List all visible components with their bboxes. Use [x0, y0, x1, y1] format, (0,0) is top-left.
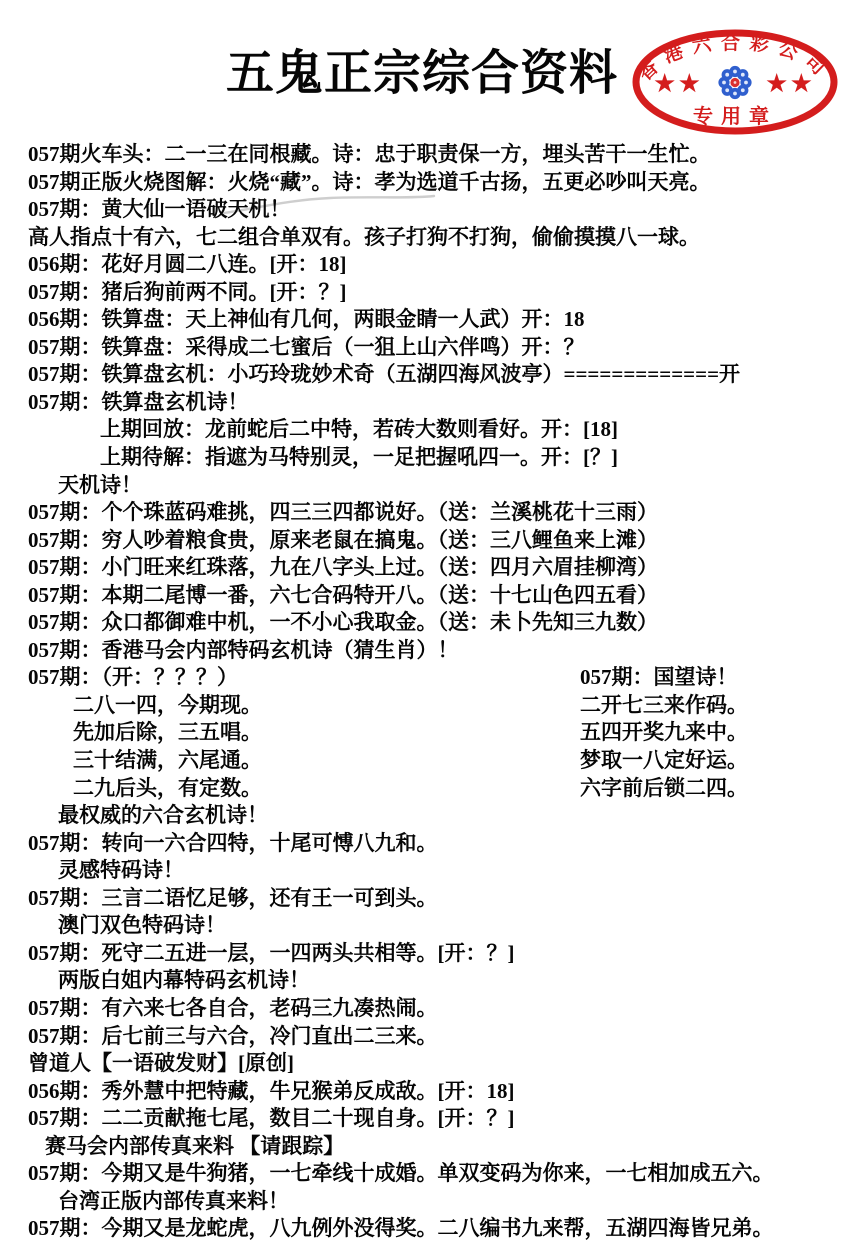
bauhinia-flower-icon	[718, 66, 751, 99]
text-line: 057期：有六来七各自合，老码三九凑热闹。	[28, 995, 840, 1023]
line-text: 057期：有六来七各自合，老码三九凑热闹。	[28, 996, 438, 1020]
line-text: 057期：三言二语忆足够，还有王一可到头。	[28, 886, 438, 910]
line-text: 057期：今期又是龙蛇虎，八九例外没得奖。二八编书九来帮，五湖四海皆兄弟。	[28, 1216, 774, 1240]
line-text: 056期：花好月圆二八连。[开：18]	[28, 252, 347, 276]
text-line: 台湾正版内部传真来料！	[28, 1188, 840, 1216]
line-text: 057期：众口都御难中机，一不小心我取金。（送：未卜先知三九数）	[28, 610, 658, 634]
line-text: 先加后除，三五唱。	[73, 720, 262, 744]
line-text: 最权威的六合玄机诗！	[58, 803, 268, 827]
line-text: 三十结满，六尾通。	[73, 748, 262, 772]
right-column-text: 梦取一八定好运。	[580, 747, 748, 775]
text-line: 056期：秀外慧中把特藏，牛兄猴弟反成敌。[开：18]	[28, 1078, 840, 1106]
line-text: 二八一四，今期现。	[73, 693, 262, 717]
text-line: 057期：铁算盘：采得成二七蜜后（一狙上山六伴鸣）开：？	[28, 334, 840, 362]
line-text: 057期：个个珠蓝码难挑，四三三四都说好。（送：兰溪桃花十三雨）	[28, 500, 658, 524]
line-text: 高人指点十有六，七二组合单双有。孩子打狗不打狗，偷偷摸摸八一球。	[28, 225, 700, 249]
line-text: 二九后头，有定数。	[73, 776, 262, 800]
text-line: 057期：个个珠蓝码难挑，四三三四都说好。（送：兰溪桃花十三雨）	[28, 499, 840, 527]
line-text: 057期：黄大仙一语破天机！	[28, 197, 291, 221]
text-line: 057期正版火烧图解：火烧“藏”。诗：孝为选道千古扬，五更必吵叫天亮。	[28, 169, 840, 197]
line-text: 天机诗！	[58, 473, 142, 497]
text-line: 三十结满，六尾通。梦取一八定好运。	[28, 747, 840, 775]
page-title: 五鬼正宗综合资料	[226, 34, 618, 103]
lottery-info-sheet: 五鬼正宗综合资料 香港六合彩公司 ★★ ★★	[0, 0, 851, 1260]
text-line: 澳门双色特码诗！	[28, 912, 840, 940]
text-line: 057期：后七前三与六合，冷门直出二三来。	[28, 1023, 840, 1051]
line-text: 057期：穷人吵着粮食贵，原来老鼠在搞鬼。（送：三八鲤鱼来上滩）	[28, 528, 658, 552]
line-text: 057期：铁算盘玄机：小巧玲珑妙术奇（五湖四海风波亭）=============…	[28, 362, 740, 386]
text-line: 057期：今期又是牛狗猪，一七牵线十成婚。单双变码为你来，一七相加成五六。	[28, 1160, 840, 1188]
stamp-bottom-text: 专用章	[693, 104, 777, 128]
text-line: 曾道人【一语破发财】[原创]	[28, 1050, 840, 1078]
text-line: 先加后除，三五唱。五四开奖九来中。	[28, 719, 840, 747]
body-lines: 057期火车头：二一三在同根藏。诗：忠于职责保一方，埋头苦干一生忙。057期正版…	[28, 141, 840, 1243]
text-line: 高人指点十有六，七二组合单双有。孩子打狗不打狗，偷偷摸摸八一球。	[28, 224, 840, 252]
text-line: 赛马会内部传真来料 【请跟踪】	[28, 1133, 840, 1161]
text-line: 057期：香港马会内部特码玄机诗（猜生肖）！	[28, 637, 840, 665]
line-text: 057期：铁算盘：采得成二七蜜后（一狙上山六伴鸣）开：？	[28, 335, 585, 359]
line-text: 057期火车头：二一三在同根藏。诗：忠于职责保一方，埋头苦干一生忙。	[28, 142, 711, 166]
line-text: 057期：后七前三与六合，冷门直出二三来。	[28, 1024, 438, 1048]
line-text: 赛马会内部传真来料 【请跟踪】	[45, 1134, 344, 1158]
right-column-text: 五四开奖九来中。	[580, 719, 748, 747]
line-text: 056期：铁算盘：天上神仙有几何，两眼金睛一人武）开：18	[28, 307, 585, 331]
line-text: 上期回放：龙前蛇后二中特，若砖大数则看好。开：[18]	[100, 417, 618, 441]
line-text: 057期：二二贡献拖七尾，数目二十现自身。[开：？]	[28, 1106, 515, 1130]
text-line: 056期：铁算盘：天上神仙有几何，两眼金睛一人武）开：18	[28, 306, 840, 334]
right-column-text: 二开七三来作码。	[580, 692, 748, 720]
line-text: 057期：死守二五进一层，一四两头共相等。[开：？]	[28, 941, 515, 965]
company-stamp: 香港六合彩公司 ★★ ★★ 专用章	[628, 28, 844, 138]
text-line: 天机诗！	[28, 472, 840, 500]
text-line: 057期：黄大仙一语破天机！	[28, 196, 840, 224]
text-line: 057期：转向一六合四特，十尾可愽八九和。	[28, 830, 840, 858]
text-line: 057期：众口都御难中机，一不小心我取金。（送：未卜先知三九数）	[28, 609, 840, 637]
text-line: 057期：铁算盘玄机诗！	[28, 389, 840, 417]
text-line: 057期：穷人吵着粮食贵，原来老鼠在搞鬼。（送：三八鲤鱼来上滩）	[28, 527, 840, 555]
line-text: 057期正版火烧图解：火烧“藏”。诗：孝为选道千古扬，五更必吵叫天亮。	[28, 170, 711, 194]
text-line: 057期：（开：？？？）057期：国望诗！	[28, 664, 840, 692]
text-line: 057期：死守二五进一层，一四两头共相等。[开：？]	[28, 940, 840, 968]
line-text: 澳门双色特码诗！	[58, 913, 226, 937]
line-text: 056期：秀外慧中把特藏，牛兄猴弟反成敌。[开：18]	[28, 1079, 515, 1103]
line-text: 057期：猪后狗前两不同。[开：？]	[28, 280, 347, 304]
text-line: 057期：二二贡献拖七尾，数目二十现自身。[开：？]	[28, 1105, 840, 1133]
stamp-graphic: 香港六合彩公司 ★★ ★★ 专用章	[628, 28, 844, 138]
line-text: 上期待解：指遮为马特别灵，一足把握吼四一。开：[？]	[100, 445, 618, 469]
text-line: 057期：猪后狗前两不同。[开：？]	[28, 279, 840, 307]
text-line: 057期：今期又是龙蛇虎，八九例外没得奖。二八编书九来帮，五湖四海皆兄弟。	[28, 1215, 840, 1243]
stamp-stars-left: ★★	[654, 71, 703, 96]
text-line: 057期：铁算盘玄机：小巧玲珑妙术奇（五湖四海风波亭）=============…	[28, 361, 840, 389]
text-line: 两版白姐内幕特码玄机诗！	[28, 967, 840, 995]
line-text: 两版白姐内幕特码玄机诗！	[58, 968, 310, 992]
line-text: 057期：小门旺来红珠落，九在八字头上过。（送：四月六眉挂柳湾）	[28, 555, 658, 579]
text-line: 上期回放：龙前蛇后二中特，若砖大数则看好。开：[18]	[28, 416, 840, 444]
line-text: 台湾正版内部传真来料！	[58, 1189, 289, 1213]
text-line: 056期：花好月圆二八连。[开：18]	[28, 251, 840, 279]
line-text: 057期：本期二尾博一番，六七合码特开八。（送：十七山色四五看）	[28, 583, 658, 607]
line-text: 057期：铁算盘玄机诗！	[28, 390, 249, 414]
line-text: 057期：转向一六合四特，十尾可愽八九和。	[28, 831, 438, 855]
text-line: 057期：小门旺来红珠落，九在八字头上过。（送：四月六眉挂柳湾）	[28, 554, 840, 582]
text-line: 灵感特码诗！	[28, 857, 840, 885]
text-line: 057期火车头：二一三在同根藏。诗：忠于职责保一方，埋头苦干一生忙。	[28, 141, 840, 169]
text-line: 二九后头，有定数。六字前后锁二四。	[28, 775, 840, 803]
text-line: 057期：本期二尾博一番，六七合码特开八。（送：十七山色四五看）	[28, 582, 840, 610]
text-line: 最权威的六合玄机诗！	[28, 802, 840, 830]
line-text: 曾道人【一语破发财】[原创]	[28, 1051, 294, 1075]
text-line: 057期：三言二语忆足够，还有王一可到头。	[28, 885, 840, 913]
right-column-text: 057期：国望诗！	[580, 664, 738, 692]
line-text: 057期：（开：？？？）	[28, 665, 238, 689]
line-text: 057期：香港马会内部特码玄机诗（猜生肖）！	[28, 638, 459, 662]
right-column-text: 六字前后锁二四。	[580, 775, 748, 803]
text-line: 二八一四，今期现。二开七三来作码。	[28, 692, 840, 720]
text-line: 上期待解：指遮为马特别灵，一足把握吼四一。开：[？]	[28, 444, 840, 472]
stamp-stars-right: ★★	[766, 71, 815, 96]
line-text: 057期：今期又是牛狗猪，一七牵线十成婚。单双变码为你来，一七相加成五六。	[28, 1161, 774, 1185]
line-text: 灵感特码诗！	[58, 858, 184, 882]
